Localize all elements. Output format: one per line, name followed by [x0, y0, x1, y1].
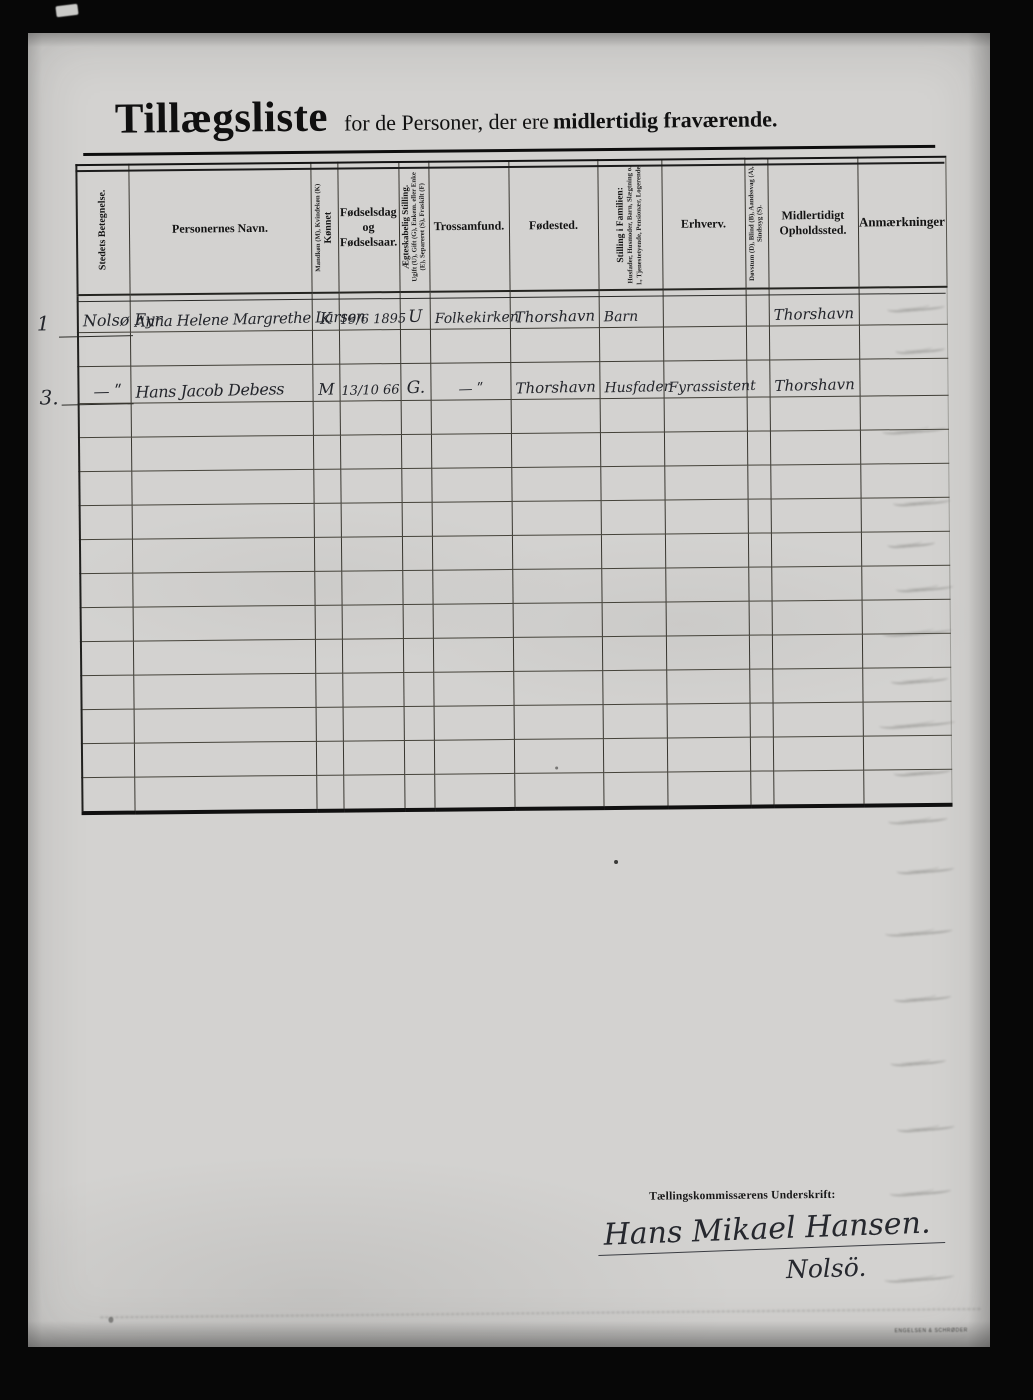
handwritten-fodselsdato: 13/10 66 — [340, 384, 400, 401]
bleedthrough-mark — [882, 423, 946, 436]
empty-cell — [434, 773, 514, 809]
signature-place: Nolsö. — [786, 1253, 867, 1284]
handwritten-navn: Hans Jacob Debess — [131, 381, 312, 404]
handwritten-opholdssted: Thorshavn — [769, 306, 858, 326]
empty-cell — [750, 737, 773, 771]
empty-cell — [434, 739, 514, 774]
empty-cell — [511, 399, 600, 434]
empty-cell — [404, 740, 434, 774]
cell-kon: K — [312, 293, 339, 331]
form-title-rest: for de Personer, der ere — [344, 109, 549, 136]
empty-cell — [432, 569, 512, 604]
handwritten-stand: U — [400, 309, 429, 330]
handwritten-trossamfund: Folkekirken — [430, 310, 509, 329]
empty-cell — [132, 503, 314, 539]
empty-cell — [131, 469, 313, 505]
header-label: Ugift (U), Gift (G), Enkem. eller Enke (… — [410, 167, 428, 287]
empty-cell — [131, 401, 313, 437]
empty-cell — [770, 396, 860, 431]
bleedthrough-mark — [884, 1271, 954, 1284]
empty-cell — [402, 536, 432, 570]
empty-cell — [600, 466, 664, 501]
cell-stand: G. — [400, 363, 430, 400]
empty-cell — [603, 738, 667, 773]
bleedthrough-mark — [882, 625, 952, 638]
header-label: Midlertidigt Opholdssted. — [768, 208, 857, 239]
cell-sted: Nolsø Fyr — [78, 295, 130, 333]
signature-label: Tællingskommissærens Underskrift: — [649, 1189, 835, 1203]
empty-cell — [750, 703, 773, 737]
empty-cell — [862, 633, 950, 668]
empty-cell — [514, 705, 603, 740]
empty-cell — [664, 397, 747, 432]
empty-cell — [134, 741, 316, 777]
ink-speck — [555, 767, 558, 770]
handwritten-sted: Nolsø Fyr — [79, 312, 130, 332]
empty-cell — [750, 771, 773, 807]
handwritten-fodested: Thorshavn — [511, 379, 599, 399]
bleedthrough-mark — [895, 343, 945, 355]
bleedthrough-mark — [879, 717, 955, 730]
empty-cell — [770, 430, 860, 465]
table-row-empty — [82, 769, 951, 813]
empty-cell — [601, 500, 665, 535]
handwritten-erhverv: Fyrassistent — [664, 379, 746, 398]
empty-cell — [771, 498, 861, 533]
empty-cell — [667, 737, 750, 772]
bleedthrough-line — [100, 1306, 980, 1317]
header-label: Ægteskabelig Stilling. — [399, 167, 411, 287]
cell-trossamfund: — ʺ — [430, 362, 510, 400]
cell-anm — [859, 358, 947, 396]
handwritten-stand: G. — [401, 380, 430, 401]
empty-cell — [602, 670, 666, 705]
empty-cell — [314, 503, 341, 537]
cell-fodested: Thorshavn — [510, 290, 599, 328]
empty-cell — [134, 775, 316, 812]
cell-handicap — [746, 288, 769, 326]
header-stilling-i-familien: Stilling i Familien: Husfader, Husmoder,… — [597, 159, 662, 290]
bleedthrough-mark — [887, 301, 945, 314]
cell-familie: Barn — [599, 289, 663, 327]
empty-cell — [600, 398, 664, 433]
empty-cell — [315, 605, 342, 639]
empty-cell — [664, 465, 747, 500]
handwritten-fodested: Thorshavn — [510, 308, 598, 328]
cell-trossamfund: Folkekirken — [430, 291, 510, 329]
empty-cell — [313, 401, 340, 435]
empty-cell — [748, 499, 771, 533]
row-number-1: 1 — [37, 311, 50, 335]
cell-sted: — ʺ — [78, 366, 130, 403]
empty-cell — [343, 774, 404, 810]
empty-cell — [663, 326, 746, 361]
empty-cell — [514, 773, 603, 809]
empty-cell — [603, 704, 667, 739]
header-label: Kønnet — [322, 168, 335, 288]
cell-ophold: Thorshavn — [769, 288, 859, 326]
empty-cell — [134, 707, 316, 743]
empty-cell — [512, 535, 601, 570]
empty-cell — [667, 703, 750, 738]
bleedthrough-mark — [893, 765, 951, 778]
empty-cell — [341, 537, 402, 572]
empty-cell — [513, 637, 602, 672]
empty-cell — [666, 601, 749, 636]
empty-cell — [666, 635, 749, 670]
empty-cell — [431, 467, 511, 502]
empty-cell — [667, 771, 750, 807]
empty-cell — [316, 741, 343, 775]
empty-cell — [599, 327, 663, 362]
empty-cell — [82, 743, 134, 777]
empty-cell — [314, 571, 341, 605]
empty-cell — [512, 501, 601, 536]
handwritten-stilling: Husfader — [600, 380, 663, 398]
empty-cell — [342, 638, 403, 673]
empty-cell — [666, 669, 749, 704]
header-midlertidigt-opholdssted: Midlertidigt Opholdssted. — [767, 158, 858, 289]
empty-cell — [130, 330, 312, 366]
empty-cell — [403, 638, 433, 672]
cell-fodt: 19/6 1895 — [339, 292, 400, 330]
handwritten-opholdssted: Thorshavn — [770, 377, 859, 397]
empty-cell — [511, 433, 600, 468]
cell-stand: U — [400, 292, 430, 330]
empty-cell — [602, 602, 666, 637]
header-personernes-navn: Personernes Navn. — [128, 163, 311, 295]
header-dovstum-blind: Døvstum (D), Blind (B), Aandssvag (A), S… — [744, 158, 768, 288]
empty-cell — [340, 401, 401, 436]
empty-cell — [400, 329, 430, 363]
cell-familie: Husfader — [599, 361, 663, 399]
empty-cell — [403, 604, 433, 638]
empty-cell — [401, 468, 431, 502]
empty-cell — [433, 671, 513, 706]
header-label: Erhverv. — [662, 216, 744, 232]
empty-cell — [82, 777, 134, 813]
header-anmaerkninger: Anmærkninger — [857, 157, 946, 288]
handwritten-kon: M — [313, 381, 339, 401]
empty-cell — [404, 774, 434, 810]
empty-cell — [82, 709, 134, 743]
empty-cell — [433, 637, 513, 672]
handwritten-stilling: Barn — [599, 309, 662, 327]
empty-cell — [133, 605, 315, 641]
empty-cell — [513, 603, 602, 638]
empty-cell — [316, 707, 343, 741]
handwritten-fodselsdato: 19/6 1895 — [339, 313, 399, 330]
empty-cell — [314, 537, 341, 571]
empty-cell — [430, 328, 510, 363]
empty-cell — [81, 607, 133, 641]
cell-ophold: Thorshavn — [769, 359, 859, 397]
cell-handicap — [746, 360, 769, 397]
empty-cell — [771, 566, 861, 601]
empty-cell — [315, 673, 342, 707]
empty-cell — [312, 330, 339, 364]
empty-cell — [431, 399, 511, 434]
empty-cell — [665, 499, 748, 534]
empty-cell — [772, 600, 862, 635]
empty-cell — [772, 668, 862, 703]
empty-cell — [132, 537, 314, 573]
empty-cell — [80, 539, 132, 573]
empty-cell — [601, 534, 665, 569]
empty-cell — [748, 567, 771, 601]
handwritten-trossamfund-ditto: — ʺ — [431, 381, 510, 400]
header-trossamfund: Trossamfund. — [428, 161, 509, 292]
empty-cell — [341, 503, 402, 538]
cell-kon: M — [312, 364, 339, 401]
ink-speck — [108, 1317, 113, 1323]
empty-cell — [432, 501, 512, 536]
cell-erhverv: Fyrassistent — [663, 360, 746, 398]
empty-cell — [773, 770, 863, 806]
ink-speck — [614, 860, 618, 864]
empty-cell — [769, 325, 859, 360]
empty-cell — [340, 435, 401, 470]
empty-cell — [80, 573, 132, 607]
header-label: Anmærkninger — [858, 214, 945, 231]
empty-cell — [749, 635, 772, 669]
bleedthrough-mark — [895, 581, 953, 594]
empty-cell — [133, 673, 315, 709]
empty-cell — [133, 639, 315, 675]
bleedthrough-mark — [893, 495, 951, 508]
empty-cell — [315, 639, 342, 673]
empty-cell — [749, 601, 772, 635]
empty-cell — [131, 435, 313, 471]
empty-cell — [434, 705, 514, 740]
cell-fodt: 13/10 66 — [339, 364, 400, 402]
form-title: Tillægsliste for de Personer, der ere mi… — [115, 86, 975, 143]
empty-cell — [404, 706, 434, 740]
empty-cell — [402, 570, 432, 604]
header-fodested: Fødested. — [508, 160, 598, 291]
empty-cell — [510, 328, 599, 363]
empty-cell — [512, 569, 601, 604]
census-form-page: Tillægsliste for de Personer, der ere mi… — [28, 33, 990, 1347]
empty-cell — [79, 437, 131, 471]
empty-cell — [433, 603, 513, 638]
empty-cell — [746, 326, 769, 360]
empty-cell — [432, 535, 512, 570]
cell-navn: Hans Jacob Debess — [130, 364, 312, 403]
empty-cell — [313, 435, 340, 469]
bleedthrough-mark — [887, 537, 935, 549]
empty-cell — [749, 669, 772, 703]
empty-cell — [342, 604, 403, 639]
empty-cell — [402, 502, 432, 536]
empty-cell — [401, 400, 431, 434]
empty-cell — [773, 702, 863, 737]
header-label: Fødselsdag og Fødselsaar. — [338, 205, 398, 251]
empty-cell — [514, 739, 603, 774]
empty-cell — [313, 469, 340, 503]
header-label: Fødested. — [509, 218, 597, 234]
bleedthrough-mark — [896, 863, 954, 876]
empty-cell — [79, 471, 131, 505]
header-label: Husfader, Husmoder, Barn, Slægtning o. l… — [627, 165, 645, 285]
empty-cell — [132, 571, 314, 607]
bleedthrough-mark — [897, 1121, 955, 1134]
signature-name: Hans Mikael Hansen. — [597, 1205, 945, 1256]
empty-cell — [342, 672, 403, 707]
empty-cell — [80, 505, 132, 539]
empty-cell — [511, 467, 600, 502]
empty-cell — [772, 634, 862, 669]
header-label: Trossamfund. — [429, 218, 508, 234]
bleedthrough-mark — [890, 1055, 946, 1068]
empty-cell — [81, 641, 133, 675]
empty-cell — [343, 740, 404, 775]
empty-cell — [602, 636, 666, 671]
empty-cell — [403, 672, 433, 706]
header-aegteskabelig-stilling: Ægteskabelig Stilling. Ugift (U), Gift (… — [398, 162, 429, 292]
cell-erhverv — [663, 289, 746, 327]
header-fodselsdag: Fødselsdag og Fødselsaar. — [337, 162, 399, 293]
page-content: Tillægsliste for de Personer, der ere mi… — [26, 24, 1001, 1347]
title-rule — [83, 145, 935, 156]
census-table: Stedets Betegnelse. Personernes Navn. Ma… — [75, 156, 952, 815]
empty-cell — [603, 772, 667, 808]
scan-artifact-white — [55, 4, 78, 18]
empty-cell — [665, 533, 748, 568]
cell-fodested: Thorshavn — [510, 362, 599, 400]
empty-cell — [339, 330, 400, 365]
empty-cell — [79, 403, 131, 437]
empty-cell — [771, 532, 861, 567]
form-title-emphasis: midlertidig fraværende. — [553, 106, 778, 133]
empty-cell — [401, 434, 431, 468]
handwritten-navn: Anna Helene Margrethe Larsen — [130, 311, 311, 333]
empty-cell — [340, 469, 401, 504]
empty-cell — [78, 332, 130, 366]
header-erhverv: Erhverv. — [661, 159, 745, 290]
empty-cell — [747, 465, 770, 499]
empty-cell — [601, 568, 665, 603]
header-label: Personernes Navn. — [129, 220, 310, 237]
empty-cell — [664, 431, 747, 466]
empty-cell — [341, 570, 402, 605]
empty-cell — [343, 706, 404, 741]
empty-cell — [431, 433, 511, 468]
empty-cell — [748, 533, 771, 567]
empty-cell — [316, 775, 343, 811]
header-konnet: Mandkøn (M), Kvindekøn (K) Kønnet — [310, 163, 338, 293]
handwritten-sted-ditto: — ʺ — [79, 383, 130, 403]
empty-cell — [770, 464, 860, 499]
form-title-main: Tillægsliste — [115, 94, 329, 143]
header-label: Mandkøn (M), Kvindekøn (K) — [314, 168, 324, 288]
empty-cell — [513, 671, 602, 706]
row-number-2: 3. — [39, 385, 58, 409]
handwritten-kon: K — [312, 310, 338, 330]
census-table-wrap: Stedets Betegnelse. Personernes Navn. Ma… — [75, 156, 950, 815]
empty-cell — [773, 736, 863, 771]
header-stedets-betegnelse: Stedets Betegnelse. — [76, 165, 129, 295]
header-label: Stedets Betegnelse. — [97, 171, 110, 289]
bleedthrough-mark — [889, 1185, 951, 1198]
empty-cell — [600, 432, 664, 467]
printer-mark: ENGELSEN & SCHRØDER — [895, 1327, 1005, 1334]
header-label: Døvstum (D), Blind (B), Aandssvag (A), S… — [747, 164, 765, 284]
empty-cell — [747, 431, 770, 465]
empty-cell — [81, 675, 133, 709]
bleedthrough-mark — [893, 991, 951, 1004]
bleedthrough-mark — [885, 925, 953, 938]
bleedthrough-mark — [888, 813, 948, 826]
header-row: Stedets Betegnelse. Personernes Navn. Ma… — [76, 157, 946, 295]
empty-cell — [747, 397, 770, 431]
empty-cell — [665, 567, 748, 602]
cell-navn: Anna Helene Margrethe Larsen — [130, 293, 312, 332]
bleedthrough-mark — [890, 673, 948, 686]
